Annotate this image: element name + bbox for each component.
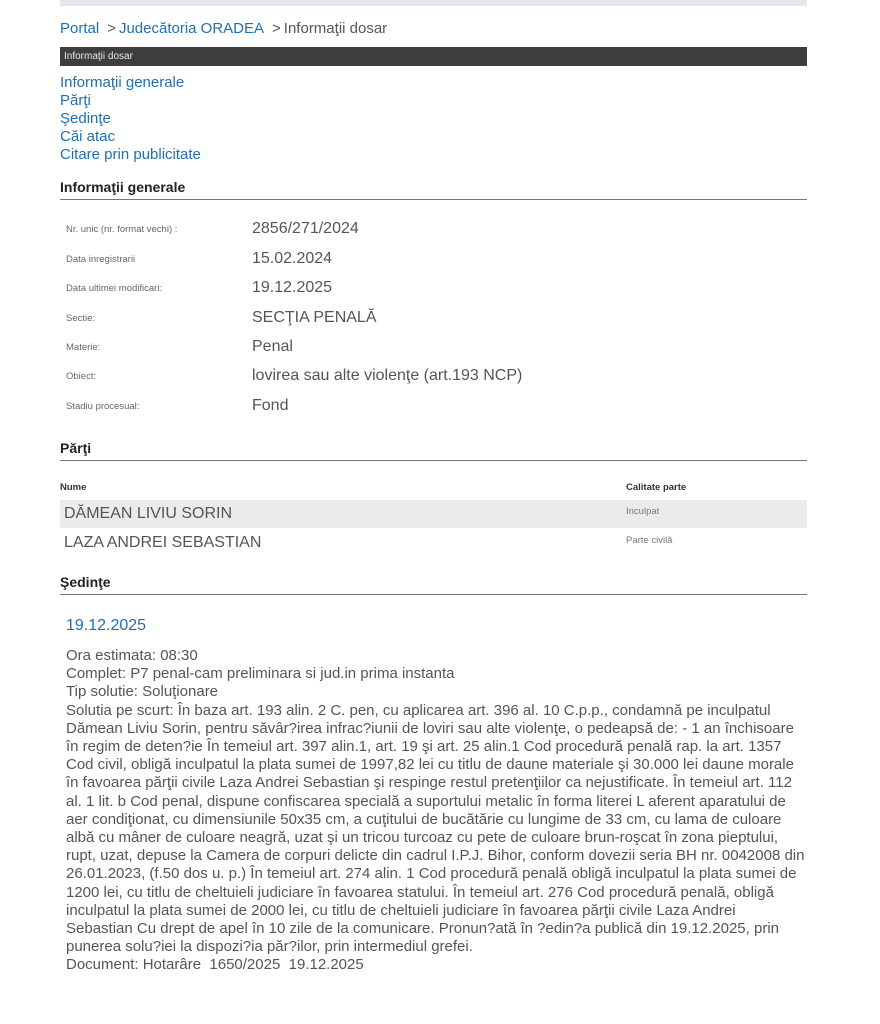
hearing-details: Ora estimata: 08:30 Complet: P7 penal-ca…: [66, 647, 806, 975]
info-label: Data inregistrarii: [66, 254, 135, 265]
nav-link-general-info[interactable]: Informaţii generale: [60, 74, 201, 92]
parties-heading: Părţi: [60, 440, 807, 461]
party-row: DĂMEAN LIVIU SORIN Inculpat: [60, 500, 807, 528]
info-value: 15.02.2024: [252, 250, 332, 268]
nav-link-public-summons[interactable]: Citare prin publicitate: [60, 146, 201, 164]
info-value: Penal: [252, 338, 293, 356]
nav-link-parties[interactable]: Părţi: [60, 92, 201, 110]
breadcrumb-portal-link[interactable]: Portal: [60, 20, 99, 37]
party-row: LAZA ANDREI SEBASTIAN Parte civilă: [60, 529, 807, 557]
party-name: DĂMEAN LIVIU SORIN: [64, 505, 232, 523]
info-label: Nr. unic (nr. format vechi) :: [66, 224, 177, 235]
breadcrumb-current: Informaţii dosar: [284, 20, 387, 37]
column-header-name: Nume: [60, 482, 86, 493]
party-role: Parte civilă: [626, 535, 672, 546]
breadcrumb: Portal>Judecătoria ORADEA>Informaţii dos…: [60, 20, 387, 37]
info-label: Data ultimei modificari:: [66, 283, 162, 294]
breadcrumb-separator: >: [107, 20, 116, 37]
info-value: 2856/271/2024: [252, 220, 359, 238]
hearing-date: 19.12.2025: [66, 617, 146, 635]
hearing-panel: Complet: P7 penal-cam preliminara si jud…: [66, 665, 806, 683]
breadcrumb-court-link[interactable]: Judecătoria ORADEA: [119, 20, 264, 37]
info-value: Fond: [252, 397, 288, 415]
info-label: Sectie:: [66, 313, 95, 324]
info-value: SECŢIA PENALĂ: [252, 309, 377, 327]
general-info-heading: Informaţii generale: [60, 179, 807, 200]
party-name: LAZA ANDREI SEBASTIAN: [64, 534, 261, 552]
parties-table-header: Nume Calitate parte: [60, 482, 807, 493]
info-label: Obiect:: [66, 371, 96, 382]
hearing-solution-summary: Solutia pe scurt: În baza art. 193 alin.…: [66, 702, 806, 957]
breadcrumb-separator: >: [272, 20, 281, 37]
hearings-heading: Şedinţe: [60, 574, 807, 595]
section-title-bar: Informaţii dosar: [60, 47, 807, 66]
hearing-document: Document: Hotarâre 1650/2025 19.12.2025: [66, 956, 806, 974]
info-value: lovirea sau alte violenţe (art.193 NCP): [252, 367, 522, 385]
hearing-solution-type: Tip solutie: Soluţionare: [66, 683, 806, 701]
nav-link-appeals[interactable]: Căi atac: [60, 128, 201, 146]
nav-link-hearings[interactable]: Şedinţe: [60, 110, 201, 128]
column-header-role: Calitate parte: [626, 482, 686, 493]
party-role: Inculpat: [626, 506, 659, 517]
top-strip: [60, 0, 807, 6]
info-label: Materie:: [66, 342, 100, 353]
hearing-time: Ora estimata: 08:30: [66, 647, 806, 665]
info-label: Stadiu procesual:: [66, 401, 139, 412]
info-value: 19.12.2025: [252, 279, 332, 297]
section-nav: Informaţii generale Părţi Şedinţe Căi at…: [60, 74, 201, 164]
